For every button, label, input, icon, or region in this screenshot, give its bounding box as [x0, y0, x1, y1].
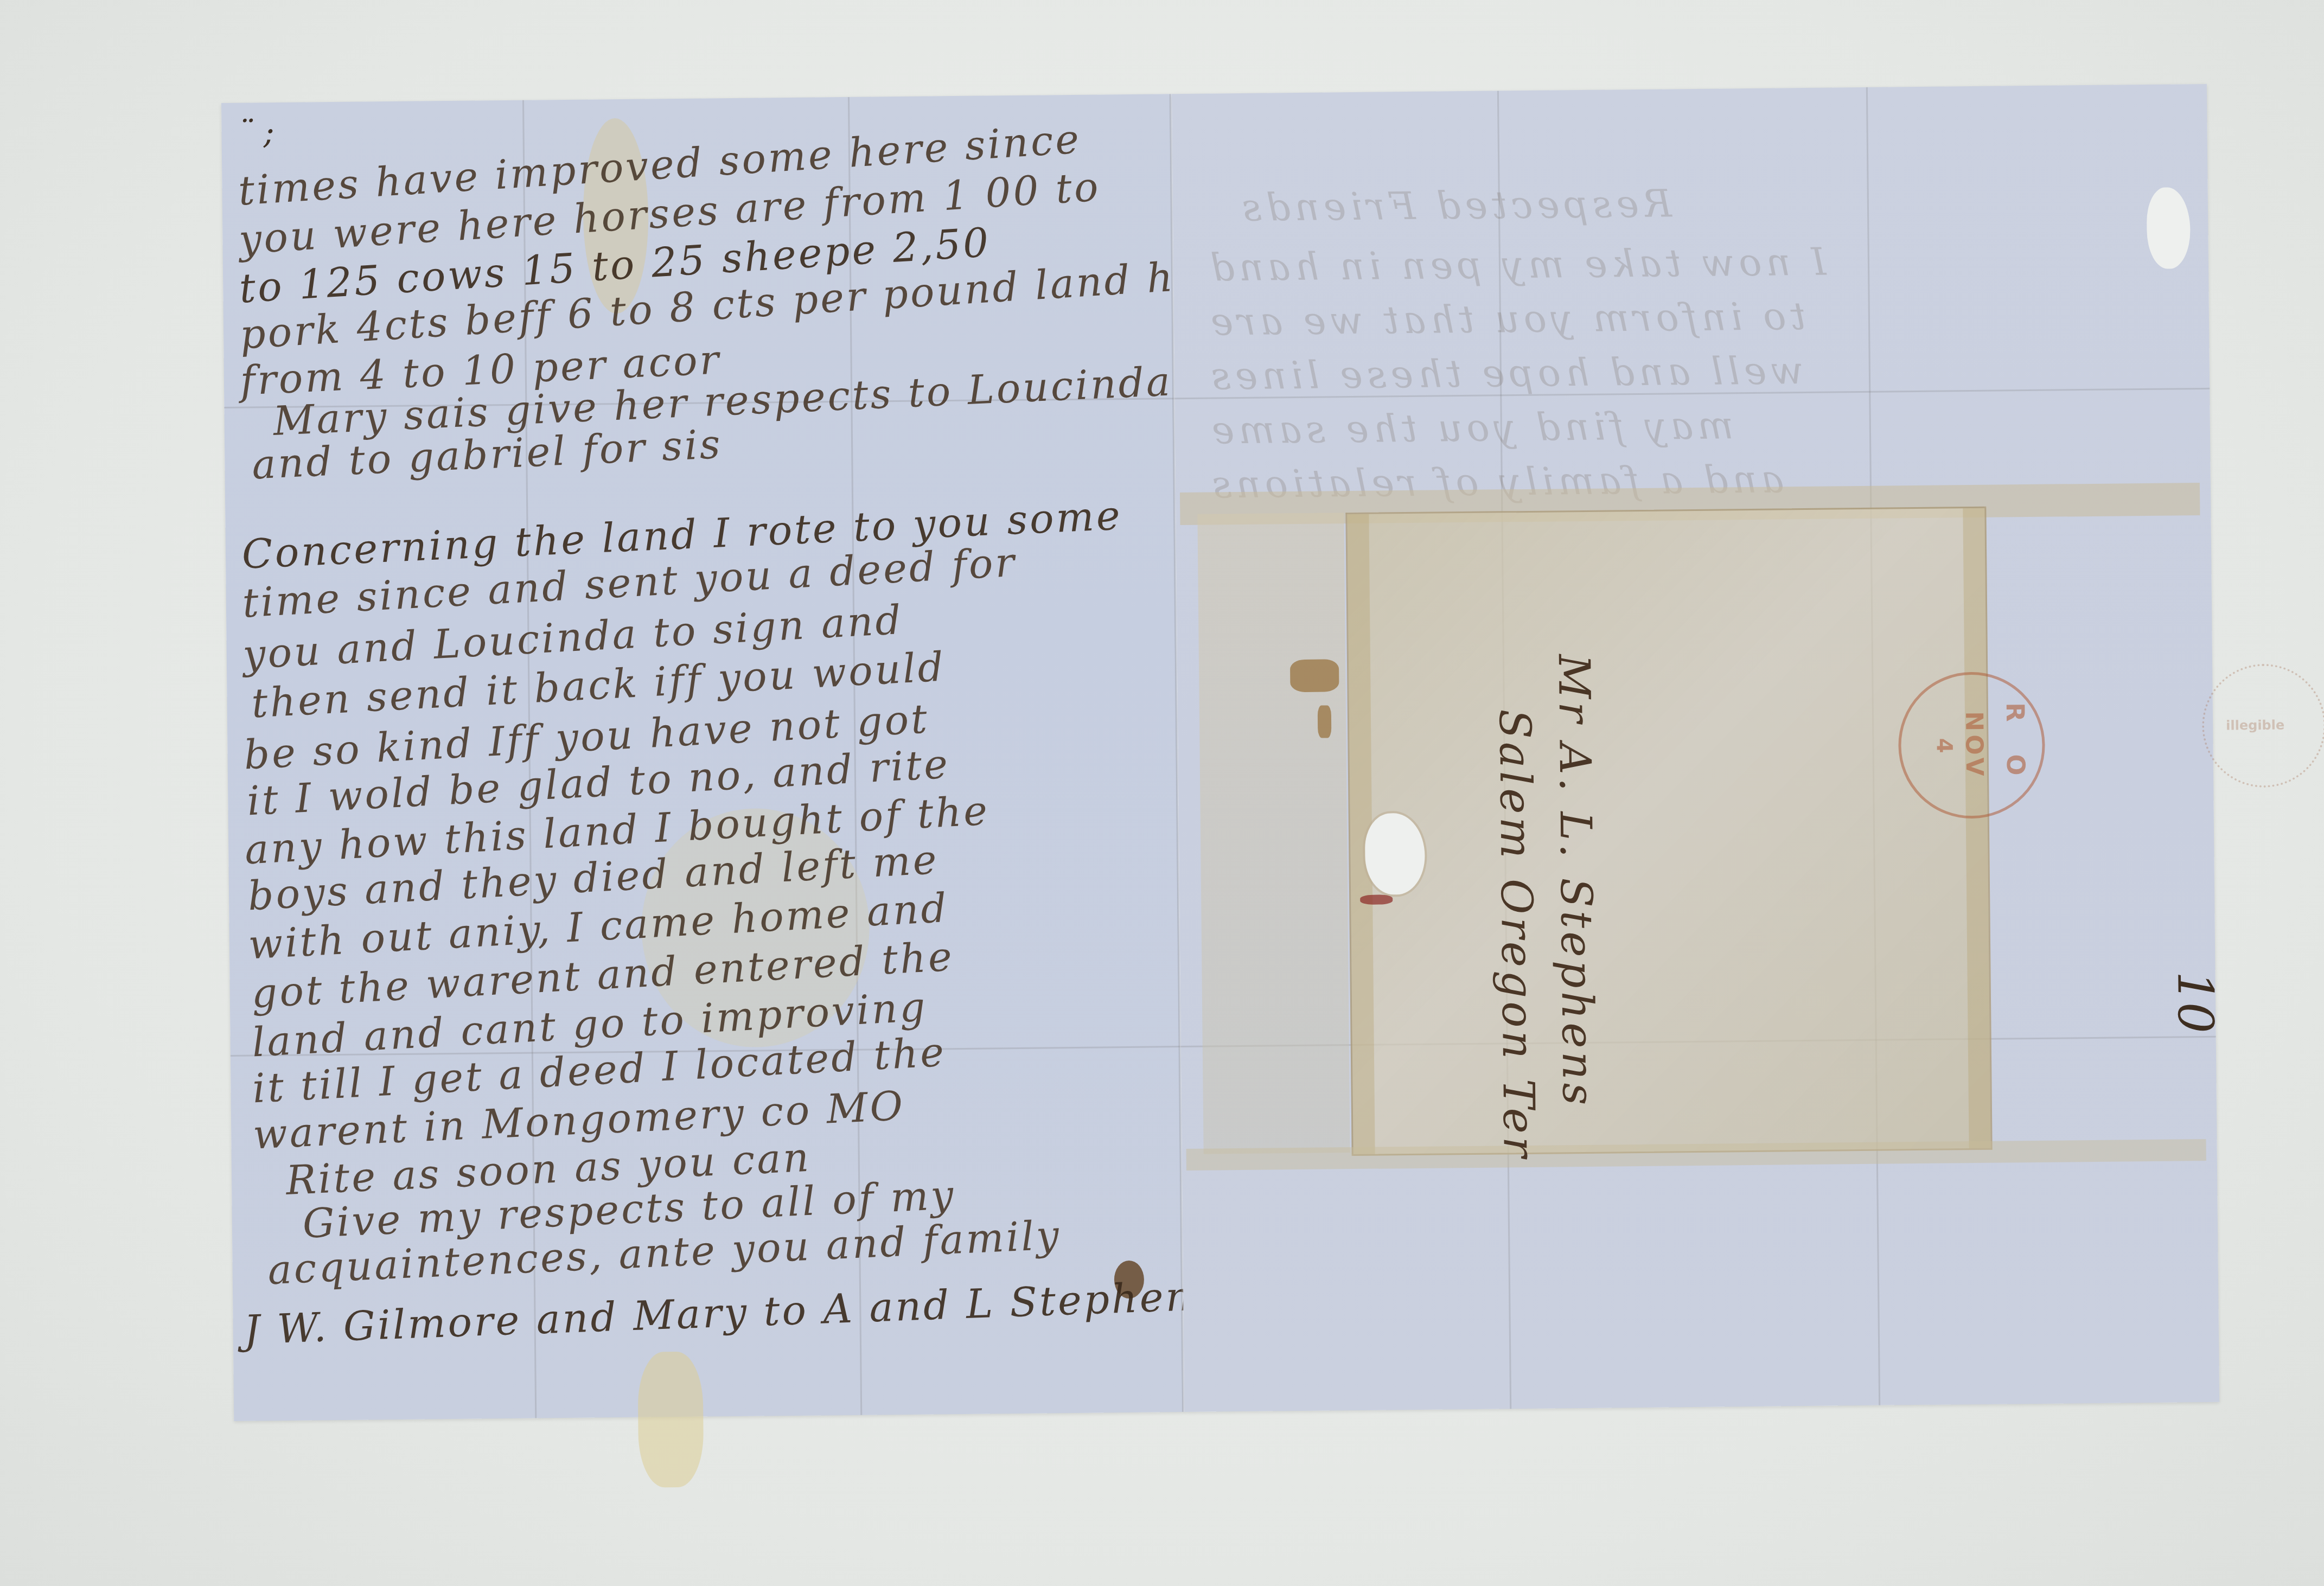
address-panel [1345, 507, 1992, 1156]
water-stain [637, 1352, 704, 1488]
bleed-through-text: I now take my pen in hand [1206, 240, 1827, 290]
letter-sheet: ¨ ; times have improved some here since … [221, 84, 2219, 1421]
bleed-through-text: well and hope these lines [1207, 348, 1804, 399]
red-wax-remnant [1360, 894, 1393, 905]
faded-postmark-text: illegible [2226, 718, 2284, 733]
wax-seal-tear [2147, 187, 2191, 269]
wax-stain [1318, 705, 1332, 738]
postmark: R O NOV 4 [1898, 672, 2046, 820]
wax-stain [1290, 659, 1339, 692]
panel-flap [1197, 513, 1350, 1154]
bleed-through-text: Respected Friends [1238, 181, 1672, 230]
bleed-through-text: may find you the same [1207, 403, 1733, 452]
panel-fold [1963, 508, 1990, 1148]
faded-postmark: illegible [2201, 663, 2324, 788]
postmark-town: R O [2000, 674, 2031, 816]
bleed-through-text: to inform you that we are [1206, 294, 1806, 344]
address-recipient: Mr A. L. Stephens [1549, 654, 1604, 1109]
postmark-day: 4 [1931, 675, 1957, 816]
postmark-month: NOV [1959, 675, 1988, 816]
postage-rate-mark: 10 [2166, 971, 2224, 1034]
address-location: Salem Oregon Ter [1490, 709, 1544, 1161]
left-page: ¨ ; times have improved some here since … [221, 94, 1184, 1421]
top-mark: ¨ ; [237, 113, 274, 152]
